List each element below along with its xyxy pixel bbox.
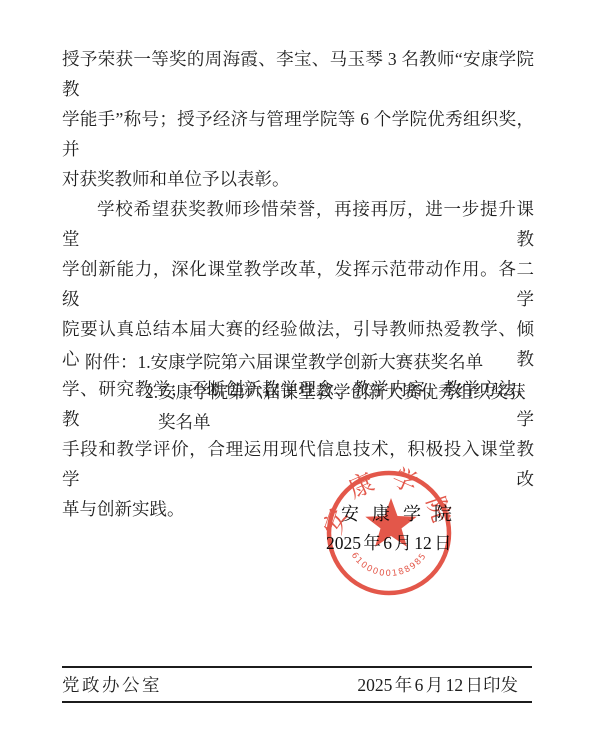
- attachment-line-1: 附件：1.安康学院第六届课堂教学创新大赛获奖名单: [85, 347, 526, 377]
- attachment-line-3: 奖名单: [85, 407, 526, 437]
- footer-office-label: 党政办公室: [62, 672, 162, 697]
- footer-print-date: 2025 年 6 月 12 日印发: [357, 672, 532, 697]
- svg-text:6100000188985: 6100000188985: [349, 551, 429, 579]
- body-text: 授予荣获一等奖的周海霞、李宝、马玉琴 3 名教师“安康学院教 学能手”称号；授予…: [62, 44, 534, 524]
- seal-code: 6100000188985: [349, 551, 429, 579]
- body-line: 学创新能力，深化课堂教学改革，发挥示范带动作用。各二级学: [62, 254, 534, 314]
- footer-rule-top: [62, 666, 532, 668]
- body-line: 授予荣获一等奖的周海霞、李宝、马玉琴 3 名教师“安康学院教: [62, 44, 534, 104]
- attachment-line-2: 2.安康学院第六届课堂教学创新大赛优秀组织奖获: [85, 377, 526, 407]
- footer: 党政办公室 2025 年 6 月 12 日印发: [62, 670, 532, 698]
- attachment-block: 附件：1.安康学院第六届课堂教学创新大赛获奖名单 2.安康学院第六届课堂教学创新…: [85, 347, 526, 437]
- footer-rule-bottom: [62, 701, 532, 703]
- body-line: 学校希望获奖教师珍惜荣誉，再接再厉，进一步提升课堂教: [62, 194, 534, 254]
- official-seal-icon: 安康学院 6100000188985: [324, 466, 456, 598]
- body-line: 学能手”称号；授予经济与管理学院等 6 个学院优秀组织奖，并: [62, 104, 534, 164]
- body-line: 对获奖教师和单位予以表彰。: [62, 164, 534, 194]
- document-page: 授予荣获一等奖的周海霞、李宝、马玉琴 3 名教师“安康学院教 学能手”称号；授予…: [0, 0, 596, 733]
- body-line: 手段和教学评价，合理运用现代信息技术，积极投入课堂教学改: [62, 434, 534, 494]
- seal-star-icon: [365, 498, 416, 547]
